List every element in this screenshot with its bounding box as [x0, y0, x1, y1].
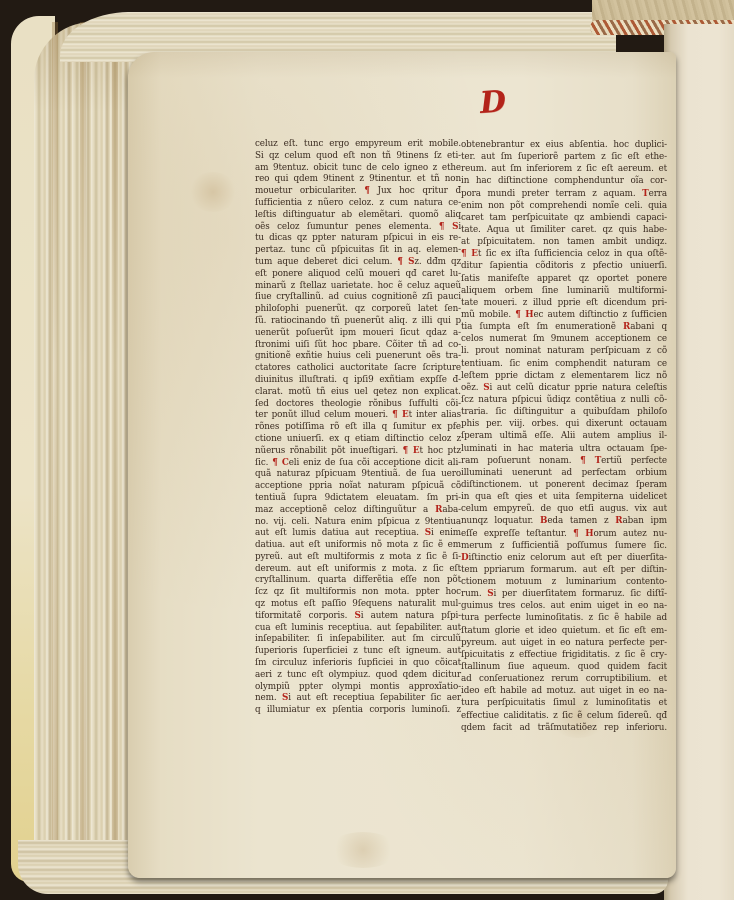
text-line: obtenebrantur ex eius abſentia. hoc dupl… [461, 139, 667, 151]
text-line: celuz eſt. tunc ergo empyreum erit mobil… [255, 139, 461, 151]
text-line: qdem facit ad trãſmutatiõez rep inferior… [461, 722, 667, 734]
text-line: enim non põt comprehendi nomĩe celi. qui… [461, 200, 667, 212]
text-line: eſſe expreſſe teſtantur. ¶ Horum autez n… [461, 528, 667, 540]
text-line: ſiue cryſtallinũ. ad cuius cognitionẽ zſ… [255, 292, 461, 304]
edge-stain [80, 22, 86, 880]
text-line: q illumiatur ex pſentia corporis luminoſ… [255, 705, 461, 717]
text-line: in hac diſtinctione comphenduntur oĩa co… [461, 175, 667, 187]
text-line: no. vij. celi. Natura enim pſpicua z 9te… [255, 517, 461, 529]
text-line: reo qui qdem 9tinent z 9tinentur. et tñ … [255, 174, 461, 186]
text-line: ſpicuitatis z effectiue frigiditatis. z … [461, 649, 667, 661]
text-line: aut eſt lumis datiua aut receptiua. Si e… [255, 528, 461, 540]
text-line: ctione uniuerſi. ex q etiam diſtinctio c… [255, 434, 461, 446]
text-line: eſt ponere aliquod celũ moueri qđ caret … [255, 269, 461, 281]
foxing-spot [188, 172, 238, 212]
text-line: pertaz. tunc cũ pſpicuitas ſit in aq. el… [255, 245, 461, 257]
text-line: tate. Aqua ut ſimiliter caret. qz quis h… [461, 224, 667, 236]
text-line: ideo eſt habile ad motuz. aut uiget in e… [461, 685, 667, 697]
book-photograph: D celuz eſt. tunc ergo empyreum erit mob… [0, 0, 734, 900]
text-line: ¶ Et ſic ex iſta ſufficiencia celoz in q… [461, 248, 667, 260]
text-line: ctatores catholici auctoritate ſacre ſcr… [255, 363, 461, 375]
text-line: tu dicas qz ppter naturam pſpicui in eis… [255, 233, 461, 245]
text-line: in qua eſt qies et uita ſempiterna uidel… [461, 491, 667, 503]
text-line: aliquem orbem ſine luminariũ multiformi- [461, 285, 667, 297]
text-line: oẽs celoz ſumuntur penes elementa. ¶ Si [255, 222, 461, 234]
text-line: ſtallinum ſiue aqueum. quod quidem facit [461, 661, 667, 673]
text-line: caret tam perſpicuitate qz ambiendi capa… [461, 212, 667, 224]
text-line: pora mundi preter terram z aquam. Terra [461, 188, 667, 200]
text-line: ſũ. ratiocinando tñ puenerũt aliq. z ill… [255, 316, 461, 328]
text-line: pyreum. aut uiget in eo natura perfecte … [461, 637, 667, 649]
text-line: ſtronimi uiſi ſũt hoc pbare. Cõiter tñ a… [255, 340, 461, 352]
text-line: pyreũ. aut eſt multiformis z mota z ſic … [255, 552, 461, 564]
text-line: nũerus rõnabilit põt inueſtigari. ¶ Et h… [255, 446, 461, 458]
edge-stain [52, 22, 58, 880]
text-line: celum empyreũ. de quo etſi augus. vix au… [461, 503, 667, 515]
text-line: leſtem pprie dictam z elementarem licz n… [461, 370, 667, 382]
text-line: ctionem motuum z luminarium contento- [461, 576, 667, 588]
text-line: traria. ſic diſtinguitur a quibuſdam phi… [461, 406, 667, 418]
text-line: ſic. ¶ Celi eniz de ſua cõi acceptione d… [255, 458, 461, 470]
text-line: aeri z tunc eſt olympiuz. quod qdem dici… [255, 670, 461, 682]
text-line: ſcz qz ſit multiformis non mota. ppter h… [255, 587, 461, 599]
text-line: ad conſeruationez rerum corruptibilium. … [461, 673, 667, 685]
text-line: tum aque deberet dici celum. ¶ Sz. dđm q… [255, 257, 461, 269]
text-line: dereum. aut eſt uniformis z mota. z ſic … [255, 564, 461, 576]
text-line: ſm circuluz inferioris ſupficiei in quo … [255, 658, 461, 670]
text-line: ſufficientia z nũero celoz. z cum natura… [255, 198, 461, 210]
text-line: diſtinctionem. ut ponerent decimaz ſpera… [461, 479, 667, 491]
text-line: oẽz. Si aut celũ dicatur pprie natura ce… [461, 382, 667, 394]
text-line: rõnes potiſſima rõ eſt illa q ſumitur ex… [255, 422, 461, 434]
text-line: mũ mobile. ¶ Hec autem diſtinctio z ſuff… [461, 309, 667, 321]
text-line: cua eſt luminis receptiua. aut ſepabilit… [255, 623, 461, 635]
foxing-spot [328, 832, 398, 868]
text-line: ſtatum glorie et ideo quietum. et ſic eſ… [461, 625, 667, 637]
text-line: tate moueri. z illud pprie eſt dicendum … [461, 297, 667, 309]
text-line: qz motus eſt paſſio 9ſequens naturalit m… [255, 599, 461, 611]
text-line: datiua. aut eſt uniformis nõ mota z ſic … [255, 540, 461, 552]
text-line: Si qz celum quod eſt non tñ 9tinens ſz e… [255, 151, 461, 163]
text-line: rum. Si per diuerſitatem formaruz. ſic d… [461, 588, 667, 600]
text-line: tura perfecte luminoſitatis. z ſic ẽ hab… [461, 612, 667, 624]
text-line: am 9tentuz. obicit tunc de celo igneo z … [255, 163, 461, 175]
text-line: ſed doctores theologie rõnibus ſuffulti … [255, 399, 461, 411]
text-line: ter. aut ſm ſuperiorẽ partem z ſic eſt e… [461, 151, 667, 163]
text-line: clarat. motũ tñ eius uel qetez non expli… [255, 387, 461, 399]
text-line: phis per. viij. orbes. qui dixerunt octa… [461, 418, 667, 430]
text-line: tia ſumpta eſt ſm enumerationẽ Rabani q [461, 321, 667, 333]
text-line: li. prout nominat naturam perſpicuam z c… [461, 345, 667, 357]
text-line: tentiuã ſupra 9dictatem eleuatam. ſm pri… [255, 493, 461, 505]
text-line: at pſpicuitatem. non tamen ambit undiqz. [461, 236, 667, 248]
rubricated-initial-d: D [479, 85, 511, 123]
text-line: ter ponũt illud celum moueri. ¶ Et inter… [255, 410, 461, 422]
text-line: minarũ z ſtellaz uarietate. hoc ẽ celuz … [255, 281, 461, 293]
text-line: olympiũ ppter olympi montis approxĩatio- [255, 682, 461, 694]
text-line: ſperam ultimã eſſe. Alii autem amplius i… [461, 430, 667, 442]
text-line: ſuperioris ſuperficiei z tunc eſt igneum… [255, 646, 461, 658]
text-line: ditur ſapientia cõditoris z pfectio uniu… [461, 260, 667, 272]
manuscript-page: D celuz eſt. tunc ergo empyreum erit mob… [128, 52, 676, 878]
text-line: reum. aut ſm inferiorem z ſic eſt aereum… [461, 163, 667, 175]
text-line: tura perſpicuitatis ſimul z luminoſitati… [461, 697, 667, 709]
text-line: mouetur orbiculariter. ¶ Jux hoc qritur … [255, 186, 461, 198]
text-line: tentiuam. ſic enim comphendit naturam ce [461, 358, 667, 370]
text-line: Diſtinctio eniz celorum aut eſt per diue… [461, 552, 667, 564]
text-line: leſtis diſtinguatur ab elemẽtari. quomõ … [255, 210, 461, 222]
text-line: celos numerat ſm 9munem acceptionem ce [461, 333, 667, 345]
text-line: philoſophi puenerũt. qz corporeũ latet ſ… [255, 304, 461, 316]
text-line: cryſtallinum. quarta differẽtia eſſe non… [255, 575, 461, 587]
text-line: merum z ſufficientiã poſſumus ſumere ſic… [461, 540, 667, 552]
text-line: ſcz natura pſpicui ũdiqz contẽtiua z nul… [461, 394, 667, 406]
text-line: quã naturaz pſpicuam 9tentiuã. de ſua ue… [255, 469, 461, 481]
text-line: luminati in hac materia ultra octauam ſp… [461, 443, 667, 455]
text-line: uenerũt poſuerũt ipm moueri ſicut qdaz a… [255, 328, 461, 340]
text-line: diuinitus illuſtrati. q ipſi9 exñtiam ex… [255, 375, 461, 387]
text-column-right: obtenebrantur ex eius abſentia. hoc dupl… [461, 139, 667, 734]
text-line: tem ppriarum formarum. aut eſt per diſti… [461, 564, 667, 576]
text-line: tiformitatẽ corporis. Si autem natura pſ… [255, 611, 461, 623]
text-line: ſatis manifeſte apparet qz oportet poner… [461, 273, 667, 285]
text-line: gnitionẽ exñtie huius celi puenerunt oẽs… [255, 351, 461, 363]
text-line: maz acceptionẽ celoz diſtinguũtur a Raba… [255, 505, 461, 517]
text-column-left: celuz eſt. tunc ergo empyreum erit mobil… [255, 139, 461, 717]
text-line: nem. Si aut eſt receptiua ſepabiliter ſi… [255, 693, 461, 705]
text-line: illuminati uenerunt ad perfectam orbium [461, 467, 667, 479]
text-line: acceptione ppria noĩat naturam pſpicuã c… [255, 481, 461, 493]
text-line: ram poſuerunt nonam. ¶ Tertiũ perfecte [461, 455, 667, 467]
text-line: nunqz loquatur. Beda tamen z Raban ipm [461, 515, 667, 527]
text-line: inſepabiliter. ſi inſepabiliter. aut ſm … [255, 634, 461, 646]
text-line: effectiue caliditatis. z ſic ẽ celum ſid… [461, 710, 667, 722]
edge-stain [112, 22, 118, 880]
text-line: guimus tres celos. aut enim uiget in eo … [461, 600, 667, 612]
